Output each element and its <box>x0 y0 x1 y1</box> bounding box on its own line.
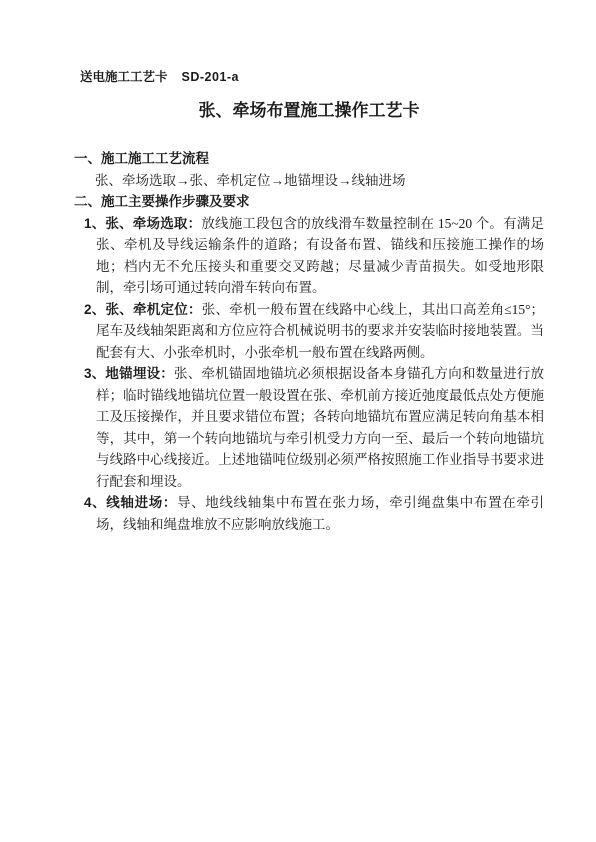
step-4-label: 4、线轴进场： <box>84 495 177 510</box>
section-heading-main-steps: 二、施工主要操作步骤及要求 <box>74 191 544 213</box>
doc-code: SD-201-a <box>182 70 240 84</box>
step-list: 1、张、牵场选取：放线施工段包含的放线滑车数量控制在 15~20 个。有满足张、… <box>74 213 544 536</box>
step-1-label: 1、张、牵场选取： <box>84 216 201 231</box>
document-page: 送电施工工艺卡SD-201-a 张、牵场布置施工操作工艺卡 一、施工施工工艺流程… <box>0 0 596 842</box>
step-3-label: 3、地锚埋设： <box>84 366 174 381</box>
doc-type-label: 送电施工工艺卡 <box>80 70 168 84</box>
step-3-text: 张、牵机锚固地锚坑必须根据设备本身锚孔方向和数量进行放样；临时锚线地锚坑位置一般… <box>96 366 544 489</box>
section-heading-process-flow: 一、施工施工工艺流程 <box>74 148 544 170</box>
step-item-2: 2、张、牵机定位：张、牵机一般布置在线路中心线上，其出口高差角≤15°；尾车及线… <box>74 299 544 364</box>
doc-header: 送电施工工艺卡SD-201-a <box>74 70 544 84</box>
page-title: 张、牵场布置施工操作工艺卡 <box>74 100 544 122</box>
process-flow-text: 张、牵场选取→张、牵机定位→地锚埋设→线轴进场 <box>95 170 544 192</box>
step-item-3: 3、地锚埋设：张、牵机锚固地锚坑必须根据设备本身锚孔方向和数量进行放样；临时锚线… <box>74 363 544 492</box>
step-2-label: 2、张、牵机定位： <box>84 302 202 317</box>
step-item-1: 1、张、牵场选取：放线施工段包含的放线滑车数量控制在 15~20 个。有满足张、… <box>74 213 544 299</box>
step-item-4: 4、线轴进场：导、地线线轴集中布置在张力场，牵引绳盘集中布置在牵引场，线轴和绳盘… <box>74 492 544 535</box>
